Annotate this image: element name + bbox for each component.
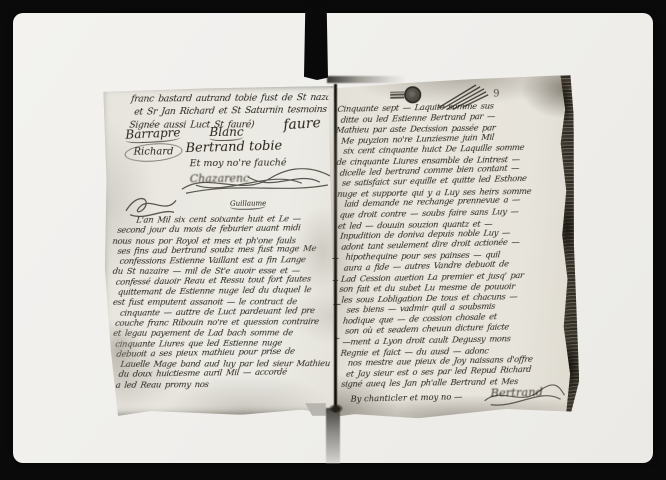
- signature-guillaume: Guillaume: [230, 200, 266, 210]
- gutter-line: [334, 84, 337, 412]
- bertrand-signature: Bertrand: [480, 381, 567, 409]
- spine-shadow-smear: [327, 76, 407, 83]
- signature-barrape: Barrapre: [125, 125, 181, 143]
- stamp-caption-smudge: [390, 89, 404, 100]
- gutter-ink-blob: [329, 404, 343, 413]
- right-page: 9 Cinquante sept — Laquite somme susditt…: [328, 75, 580, 420]
- manuscript-line: quittemant de Estienne nuge led du duque…: [117, 285, 340, 298]
- signature-faure: faure: [283, 115, 321, 133]
- signature-bertrand: Bertrand: [490, 385, 543, 400]
- signature-scribble: Chazarenc: [178, 168, 338, 197]
- manuscript-line: a led Reau promy nos: [115, 379, 340, 391]
- signature-moy-notaire: Et moy no're fauché: [190, 157, 287, 169]
- left-paragraph: L'an Mil six cent soixante huit et Le —s…: [114, 214, 340, 391]
- closing-line: By chanticler et moy no —: [350, 391, 462, 403]
- gutter-shadow: [326, 408, 340, 463]
- left-page: franc bastard autrand tobie fust de St n…: [101, 86, 340, 416]
- signature-bertrand-tobie: Bertrand tobie: [185, 139, 282, 157]
- page-number: 9: [493, 88, 500, 99]
- book-spine-stub: [304, 0, 328, 80]
- signature-blanc: Blanc: [209, 125, 243, 141]
- manuscript-line: second jour du mois de feburier auant mi…: [117, 223, 340, 236]
- right-paragraph: Cinquante sept — Laquite somme susditte …: [337, 99, 555, 389]
- scan-canvas: franc bastard autrand tobie fust de St n…: [0, 0, 666, 480]
- signature-chazarenc: Chazarenc: [190, 172, 250, 186]
- ink-stamp-icon: [404, 86, 421, 103]
- signature-richard: Richard: [134, 146, 174, 157]
